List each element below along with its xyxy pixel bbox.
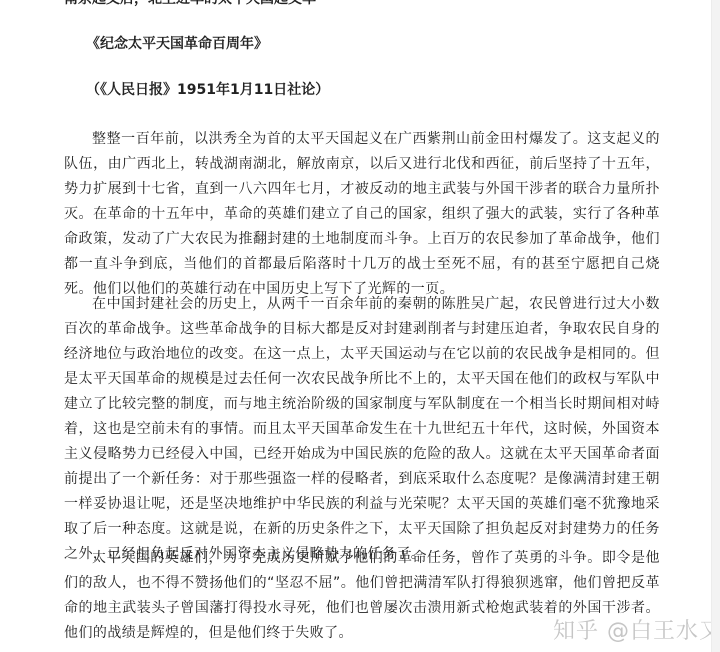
- article-source: （《人民日报》1951年1月11日社论）: [86, 80, 329, 100]
- paragraph-3: 太平天国的英雄们，为了完成历史所赋予他们的革命任务，曾作了英勇的斗争。即令是他们…: [64, 546, 660, 646]
- article-title: 《纪念太平天国革命百周年》: [86, 34, 268, 54]
- paragraph-1: 整整一百年前，以洪秀全为首的太平天国起义在广西紫荆山前金田村爆发了。这支起义的队…: [64, 127, 660, 302]
- cut-off-text-line: 南京起义后，北上进军的太平天国起义军: [64, 0, 316, 9]
- vertical-scrollbar[interactable]: [711, 0, 720, 652]
- paragraph-2: 在中国封建社会的历史上，从两千一百余年前的秦朝的陈胜吴广起，农民曾进行过大小数百…: [64, 292, 660, 567]
- document-page: 南京起义后，北上进军的太平天国起义军 《纪念太平天国革命百周年》 （《人民日报》…: [0, 0, 712, 652]
